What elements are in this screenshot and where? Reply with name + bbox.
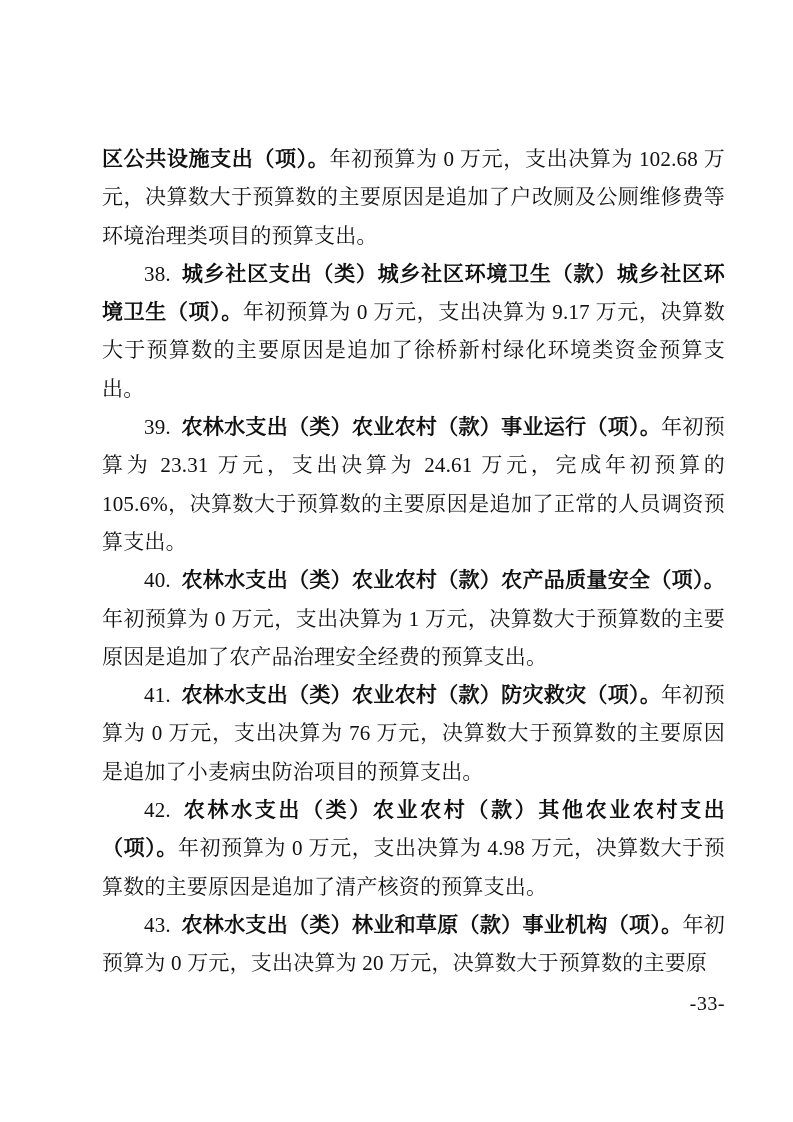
paragraph-continuation: 区公共设施支出（项）。年初预算为 0 万元，支出决算为 102.68 万元，决算… (102, 140, 725, 255)
paragraph-item-38: 38.城乡社区支出（类）城乡社区环境卫生（款）城乡社区环境卫生（项）。年初预算为… (102, 255, 725, 408)
document-page: 区公共设施支出（项）。年初预算为 0 万元，支出决算为 102.68 万元，决算… (0, 0, 793, 1122)
paragraph-item-39: 39.农林水支出（类）农业农村（款）事业运行（项）。年初预算为 23.31 万元… (102, 408, 725, 561)
item-heading: 农林水支出（类）林业和草原（款）事业机构（项）。 (181, 913, 682, 937)
item-heading: 农林水支出（类）农业农村（款）事业运行（项）。 (181, 415, 661, 439)
paragraph-item-40: 40.农林水支出（类）农业农村（款）农产品质量安全（项）。年初预算为 0 万元，… (102, 561, 725, 676)
item-heading: 农林水支出（类）农业农村（款）农产品质量安全（项）。 (181, 568, 725, 592)
item-number: 39. (144, 415, 171, 439)
text-block: 区公共设施支出（项）。年初预算为 0 万元，支出决算为 102.68 万元，决算… (102, 140, 725, 983)
page-number: -33- (690, 992, 725, 1016)
item-number: 43. (144, 913, 171, 937)
item-number: 42. (144, 798, 171, 822)
item-heading: 农林水支出（类）农业农村（款）防灾救灾（项）。 (181, 683, 661, 707)
item-number: 40. (144, 568, 171, 592)
item-number: 38. (144, 262, 171, 286)
item-number: 41. (144, 683, 171, 707)
paragraph-item-43: 43.农林水支出（类）林业和草原（款）事业机构（项）。年初预算为 0 万元，支出… (102, 906, 725, 983)
item-body: 年初预算为 0 万元，支出决算为 4.98 万元，决算数大于预算数的主要原因是追… (102, 836, 725, 898)
item-body: 年初预算为 0 万元，支出决算为 1 万元，决算数大于预算数的主要原因是追加了农… (102, 607, 725, 669)
paragraph-item-41: 41.农林水支出（类）农业农村（款）防灾救灾（项）。年初预算为 0 万元，支出决… (102, 676, 725, 791)
paragraph-item-42: 42.农林水支出（类）农业农村（款）其他农业农村支出（项）。年初预算为 0 万元… (102, 791, 725, 906)
item-heading: 区公共设施支出（项）。 (102, 147, 329, 171)
